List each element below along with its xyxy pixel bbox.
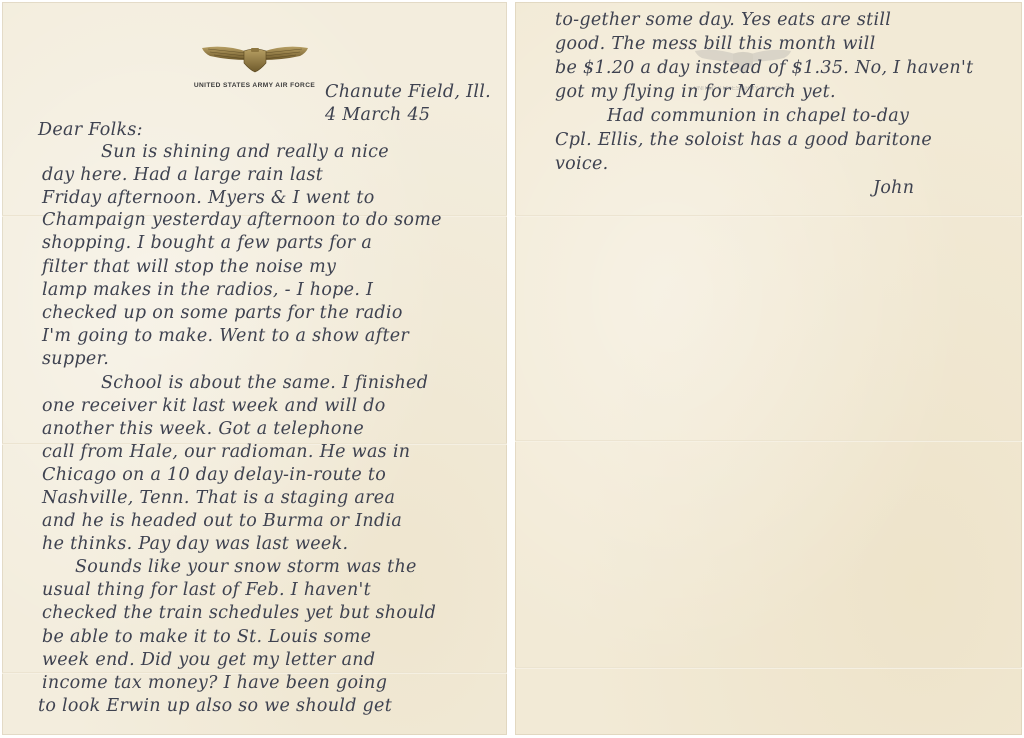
body-line: Sun is shining and really a nice bbox=[101, 142, 389, 162]
fold-line bbox=[515, 440, 1022, 442]
fold-line bbox=[515, 215, 1022, 217]
letter-page-2: UNITED STATES ARMY AIR FORCE to-gether s… bbox=[515, 2, 1022, 735]
fold-line bbox=[515, 667, 1022, 669]
letter-date: 4 March 45 bbox=[325, 105, 430, 125]
body-line: one receiver kit last week and will do bbox=[42, 396, 386, 416]
body-line: be $1.20 a day instead of $1.35. No, I h… bbox=[555, 58, 973, 78]
body-line: to look Erwin up also so we should get bbox=[38, 696, 392, 716]
body-line: lamp makes in the radios, - I hope. I bbox=[42, 280, 373, 300]
body-line: Nashville, Tenn. That is a staging area bbox=[42, 488, 395, 508]
body-line: got my flying in for March yet. bbox=[555, 82, 836, 102]
body-line: to-gether some day. Yes eats are still bbox=[555, 10, 891, 30]
body-line: checked the train schedules yet but shou… bbox=[42, 603, 436, 623]
body-line: shopping. I bought a few parts for a bbox=[42, 233, 372, 253]
body-line: Chicago on a 10 day delay-in-route to bbox=[42, 465, 386, 485]
body-line: Friday afternoon. Myers & I went to bbox=[42, 188, 375, 208]
body-line: and he is headed out to Burma or India bbox=[42, 511, 402, 531]
body-line: income tax money? I have been going bbox=[42, 673, 387, 693]
letter-place: Chanute Field, Ill. bbox=[325, 82, 491, 102]
body-line: checked up on some parts for the radio bbox=[42, 303, 403, 323]
signature: John bbox=[873, 178, 914, 198]
salutation: Dear Folks: bbox=[38, 120, 143, 140]
body-line: I'm going to make. Went to a show after bbox=[42, 326, 409, 346]
body-line: day here. Had a large rain last bbox=[42, 165, 323, 185]
body-line: supper. bbox=[42, 349, 109, 369]
body-line: another this week. Got a telephone bbox=[42, 419, 364, 439]
body-line: week end. Did you get my letter and bbox=[42, 650, 375, 670]
letter-page-1: UNITED STATES ARMY AIR FORCE Chanute Fie… bbox=[2, 2, 507, 735]
body-line: call from Hale, our radioman. He was in bbox=[42, 442, 410, 462]
body-line: Had communion in chapel to-day bbox=[607, 106, 909, 126]
body-line: filter that will stop the noise my bbox=[42, 257, 336, 277]
army-air-force-wings-icon bbox=[200, 42, 310, 74]
body-line: be able to make it to St. Louis some bbox=[42, 627, 371, 647]
body-line: good. The mess bill this month will bbox=[555, 34, 875, 54]
body-line: Cpl. Ellis, the soloist has a good barit… bbox=[555, 130, 932, 150]
body-line: Sounds like your snow storm was the bbox=[75, 557, 417, 577]
body-line: voice. bbox=[555, 154, 609, 174]
body-line: usual thing for last of Feb. I haven't bbox=[42, 580, 371, 600]
body-line: Champaign yesterday afternoon to do some bbox=[42, 210, 442, 230]
body-line: School is about the same. I finished bbox=[101, 373, 428, 393]
body-line: he thinks. Pay day was last week. bbox=[42, 534, 348, 554]
